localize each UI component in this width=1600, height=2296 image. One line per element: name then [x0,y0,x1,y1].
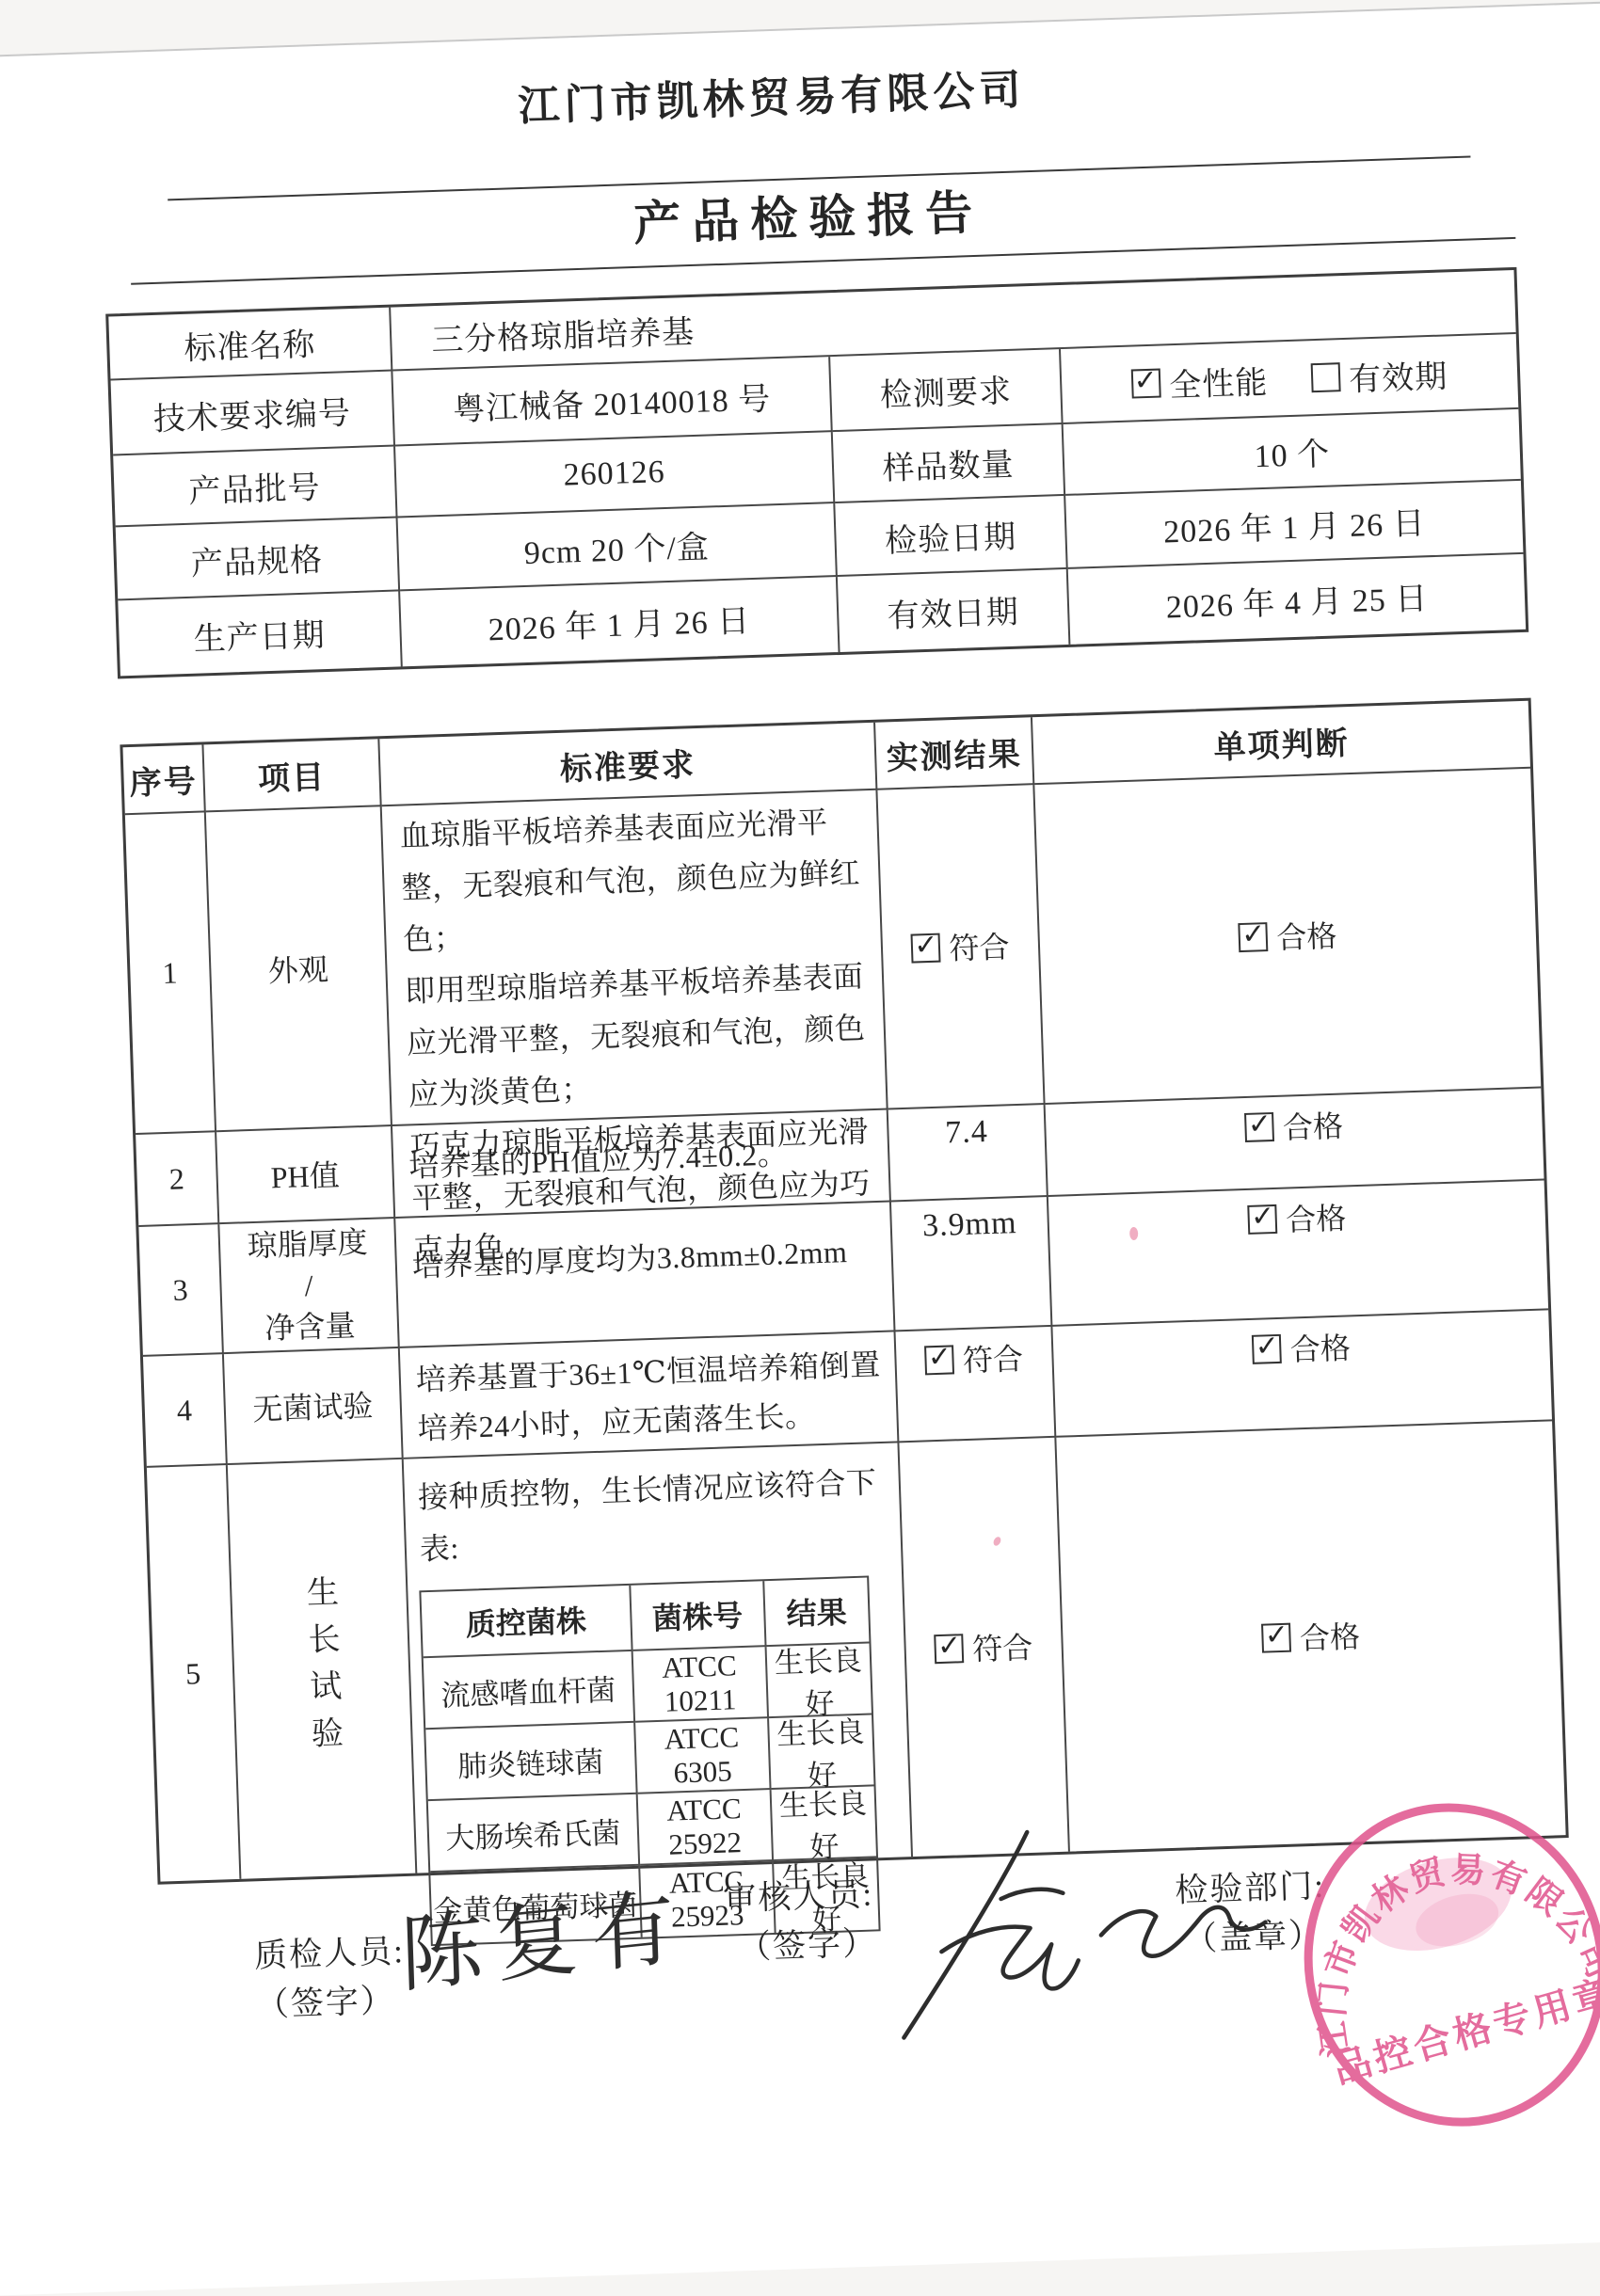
validity-label: 有效期 [1348,350,1448,399]
row3-item-line1: 琼脂厚度 [247,1221,368,1267]
checked-checkbox-icon [925,1345,955,1375]
row5-result-checkbox: 符合 [934,1624,1032,1670]
row5-result: 符合 [899,1438,1069,1857]
row4-item: 无菌试验 [224,1348,404,1465]
checked-checkbox-icon [935,1634,965,1664]
row4-result-label: 符合 [962,1335,1024,1380]
row4-result: 符合 [896,1327,1057,1443]
row1-item: 外观 [206,806,392,1132]
prod-date-label: 生产日期 [118,591,402,676]
prod-date-value: 2026 年 1 月 26 日 [400,577,840,666]
batch-label: 产品批号 [113,447,397,528]
row1-result-checkbox: 符合 [911,923,1010,969]
report-content: 江门市凯林贸易有限公司 产品检验报告 标准名称 三分格琼脂培养基 技术要求编号 … [99,49,1580,2200]
row5-no: 5 [147,1465,242,1882]
row5-requirement: 接种质控物，生长情况应该符合下表: 质控菌株 菌株号 结果 流感嗜血杆菌 ATC… [404,1443,913,1873]
row3-judgement-label: 合格 [1285,1194,1347,1239]
row3-req-text: 培养基的厚度均为3.8mm±0.2mm [411,1225,892,1293]
growth-row1-code: ATCC 10211 [632,1647,769,1723]
row1-req-blood: 血琼脂平板培养基表面应光滑平整，无裂痕和气泡，颜色应为鲜红色； [399,795,866,965]
row3-result-value: 3.9mm [921,1205,1017,1244]
reviewer-label: 审核人员: [723,1870,877,1923]
expiry-label: 有效日期 [838,569,1071,652]
row1-no: 1 [125,812,216,1135]
col-header-item: 项目 [203,739,381,812]
row3-item-line3: 净含量 [264,1304,356,1348]
inspection-table: 序号 项目 标准要求 实测结果 单项判断 1 外观 血琼脂平板培养基表面应光滑平… [120,698,1568,1885]
row2-item: PH值 [216,1126,395,1224]
row5-result-label: 符合 [971,1624,1033,1669]
growth-intro-text: 接种质控物，生长情况应该符合下表: [417,1456,901,1575]
inspector-block: 质检人员: （签字） [253,1927,407,2030]
checked-checkbox-icon [1131,368,1161,398]
checked-checkbox-icon [1244,1111,1274,1141]
sample-qty-label: 样品数量 [833,424,1065,503]
row5-judgement-label: 合格 [1299,1613,1361,1658]
row2-requirement: 培养基的PH值应为7.4±0.2。 [392,1110,891,1219]
growth-row2-code: ATCC 6305 [635,1718,772,1794]
company-name: 江门市凯林贸易有限公司 [99,51,1446,146]
tech-req-value: 粤江械备 20140018 号 [392,357,832,446]
test-date-label: 检验日期 [835,496,1067,577]
row5-item-vertical-label: 生长试验 [296,1574,348,1764]
product-info-table: 标准名称 三分格琼脂培养基 技术要求编号 粤江械备 20140018 号 检测要… [105,267,1528,679]
row1-judgement-label: 合格 [1276,913,1338,958]
row4-requirement: 培养基置于36±1℃恒温培养箱倒置培养24小时，应无菌落生长。 [400,1331,900,1459]
row4-judgement-label: 合格 [1289,1324,1352,1369]
stamp-center-text: 品控合格专用章 [1329,1971,1600,2092]
growth-row1-strain: 流感嗜血杆菌 [424,1651,635,1730]
row2-no: 2 [136,1132,219,1227]
row4-no: 4 [143,1354,228,1468]
growth-row3-result: 生长良好 [771,1786,875,1861]
col-header-result: 实测结果 [875,717,1034,789]
tech-req-label: 技术要求编号 [111,372,395,456]
inspector-label: 质检人员: [253,1927,405,1981]
row3-item-line2: / [304,1265,313,1306]
row4-req-text: 培养基置于36±1℃恒温培养箱倒置培养24小时，应无菌落生长。 [415,1340,884,1453]
spec-label: 产品规格 [116,518,400,600]
row1-judgement-checkbox: 合格 [1239,913,1337,959]
reviewer-sub-label: （签字） [724,1919,878,1972]
inspector-sub-label: （签字） [255,1976,407,2030]
full-performance-checkbox: 全性能 [1130,356,1269,407]
growth-header-strain: 质控菌株 [421,1586,632,1658]
growth-row3-code: ATCC 25922 [637,1790,774,1866]
test-req-label: 检测要求 [830,349,1064,432]
checked-checkbox-icon [1261,1622,1291,1652]
checked-checkbox-icon [911,933,941,963]
reviewer-block: 审核人员: （签字） [723,1870,878,1972]
row1-result: 符合 [877,785,1045,1109]
row3-judgement-checkbox: 合格 [1247,1194,1346,1240]
row3-requirement: 培养基的厚度均为3.8mm±0.2mm [395,1202,895,1347]
row5-item: 生长试验 [228,1459,417,1879]
growth-row2-strain: 肺炎链球菌 [425,1723,637,1801]
growth-header-code: 菌株号 [631,1581,766,1651]
full-performance-label: 全性能 [1168,356,1269,405]
row2-judgement: 合格 [1046,1089,1544,1197]
row2-judgement-label: 合格 [1282,1103,1344,1148]
row1-requirement: 血琼脂平板培养基表面应光滑平整，无裂痕和气泡，颜色应为鲜红色； 即用型琼脂培养基… [382,790,888,1126]
growth-row3-strain: 大肠埃希氏菌 [428,1794,640,1873]
standard-name-label: 标准名称 [108,308,392,381]
row2-result-value: 7.4 [945,1114,989,1151]
row1-judgement: 合格 [1034,769,1541,1105]
row2-req-text: 培养基的PH值应为7.4±0.2。 [408,1125,889,1193]
row5-judgement-checkbox: 合格 [1261,1613,1360,1659]
row2-judgement-checkbox: 合格 [1244,1103,1343,1149]
row3-no: 3 [138,1224,224,1357]
col-header-no: 序号 [122,744,205,815]
expiry-value: 2026 年 4 月 25 日 [1068,554,1526,645]
row3-judgement: 合格 [1048,1180,1548,1326]
checked-checkbox-icon [1252,1333,1282,1363]
scanned-paper: 江门市凯林贸易有限公司 产品检验报告 标准名称 三分格琼脂培养基 技术要求编号 … [0,0,1600,2200]
row4-judgement: 合格 [1052,1310,1552,1437]
row1-req-ready: 即用型琼脂培养基平板培养基表面应光滑平整，无裂痕和气泡，颜色应为淡黄色； [404,950,871,1121]
row3-result: 3.9mm [891,1197,1052,1331]
row4-judgement-checkbox: 合格 [1252,1324,1351,1370]
validity-checkbox: 有效期 [1310,350,1448,401]
row2-result: 7.4 [888,1105,1048,1202]
checked-checkbox-icon [1248,1204,1278,1234]
page-title: 产品检验报告 [103,166,1515,271]
company-stamp: 江门市凯林贸易有限公司 品控合格专用章 [1271,1776,1600,2154]
checked-checkbox-icon [1239,922,1269,952]
row1-result-label: 符合 [949,923,1011,968]
row4-result-checkbox: 符合 [924,1335,1023,1381]
unchecked-checkbox-icon [1311,362,1341,392]
row3-item: 琼脂厚度 / 净含量 [219,1219,399,1354]
